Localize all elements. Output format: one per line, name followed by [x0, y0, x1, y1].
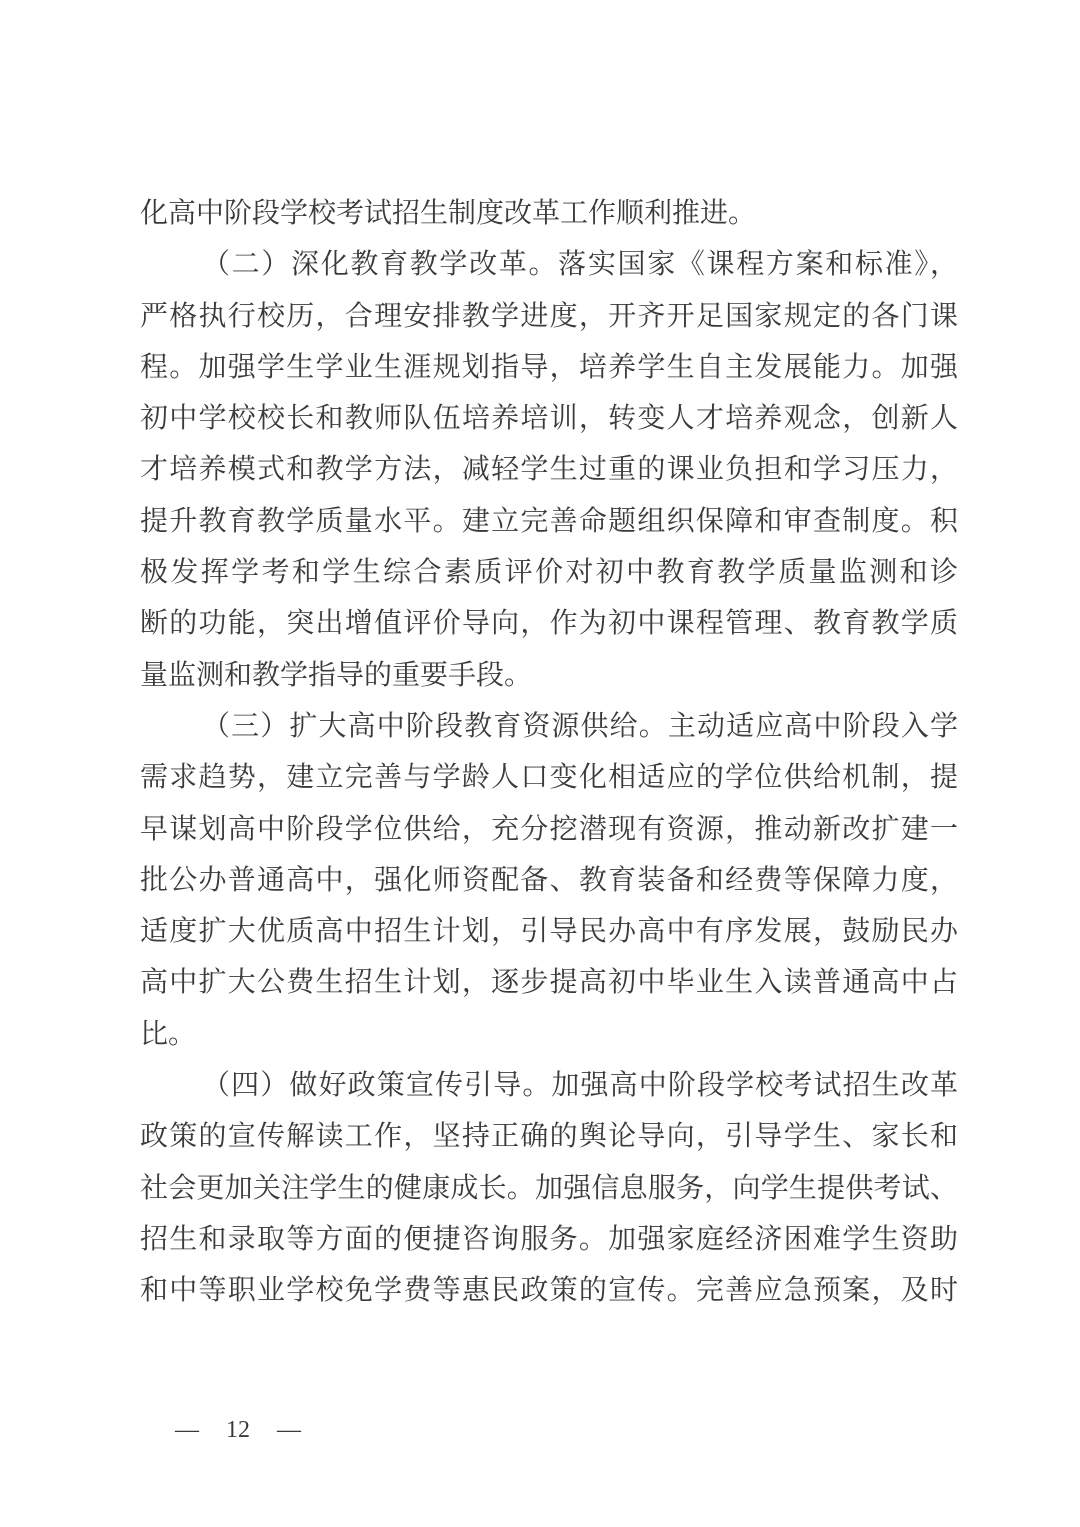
text-line: 政策的宣传解读工作，坚持正确的舆论导向，引导学生、家长和 — [140, 1111, 958, 1162]
text-line: 程。加强学生学业生涯规划指导，培养学生自主发展能力。加强 — [140, 342, 958, 393]
text-line: 招生和录取等方面的便捷咨询服务。加强家庭经济困难学生资助 — [140, 1214, 958, 1265]
page-number: 12 — [226, 1417, 250, 1443]
footer-left-dash: — — [175, 1417, 199, 1443]
text-line: 提升教育教学质量水平。建立完善命题组织保障和审查制度。积 — [140, 496, 958, 547]
text-line: 高中扩大公费生招生计划，逐步提高初中毕业生入读普通高中占 — [140, 957, 958, 1008]
text-line: 断的功能，突出增值评价导向，作为初中课程管理、教育教学质 — [140, 598, 958, 649]
text-line: 极发挥学考和学生综合素质评价对初中教育教学质量监测和诊 — [140, 547, 958, 598]
text-line: 才培养模式和教学方法，减轻学生过重的课业负担和学习压力， — [140, 444, 958, 495]
text-line: （三）扩大高中阶段教育资源供给。主动适应高中阶段入学 — [140, 701, 958, 752]
text-line: 需求趋势，建立完善与学龄人口变化相适应的学位供给机制，提 — [140, 752, 958, 803]
text-line: 社会更加关注学生的健康成长。加强信息服务，向学生提供考试、 — [140, 1163, 958, 1214]
text-line: 和中等职业学校免学费等惠民政策的宣传。完善应急预案，及时 — [140, 1265, 958, 1316]
text-line: 化高中阶段学校考试招生制度改革工作顺利推进。 — [140, 188, 958, 239]
text-line: 量监测和教学指导的重要手段。 — [140, 650, 958, 701]
document-body-text: 化高中阶段学校考试招生制度改革工作顺利推进。 （二）深化教育教学改革。落实国家《… — [140, 188, 958, 1317]
document-page: 化高中阶段学校考试招生制度改革工作顺利推进。 （二）深化教育教学改革。落实国家《… — [0, 0, 1080, 1527]
text-line: 早谋划高中阶段学位供给，充分挖潜现有资源，推动新改扩建一 — [140, 804, 958, 855]
footer-right-dash: — — [277, 1417, 301, 1443]
text-line: 比。 — [140, 1009, 958, 1060]
text-line: 批公办普通高中，强化师资配备、教育装备和经费等保障力度， — [140, 855, 958, 906]
text-line: （四）做好政策宣传引导。加强高中阶段学校考试招生改革 — [140, 1060, 958, 1111]
text-line: （二）深化教育教学改革。落实国家《课程方案和标准》， — [140, 239, 958, 290]
text-line: 适度扩大优质高中招生计划，引导民办高中有序发展，鼓励民办 — [140, 906, 958, 957]
text-line: 初中学校校长和教师队伍培养培训，转变人才培养观念，创新人 — [140, 393, 958, 444]
text-line: 严格执行校历，合理安排教学进度，开齐开足国家规定的各门课 — [140, 291, 958, 342]
page-number-footer: —12— — [175, 1417, 301, 1444]
